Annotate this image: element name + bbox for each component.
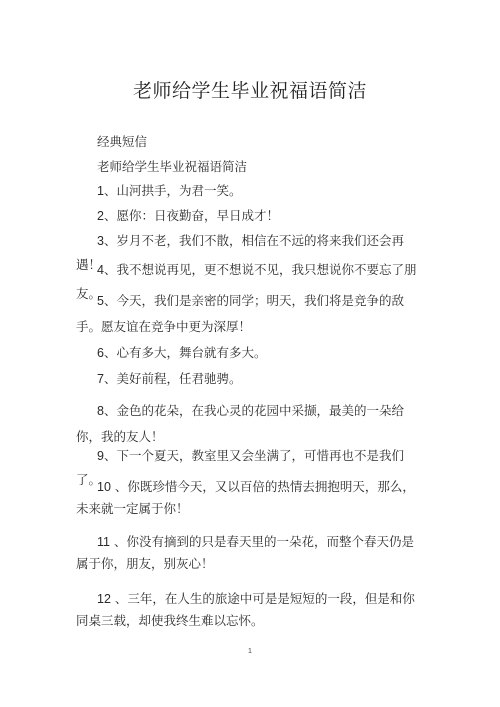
item-text: 、今天，我们是亲密的同学；明天，我们将是竞争的敌手。愿友谊在竞争中更为深厚！ — [76, 293, 404, 334]
item-number: 7 — [97, 372, 104, 386]
item-number: 12 — [97, 592, 111, 606]
item-text: 、三年，在人生的旅途中可是是短短的一段，但是和你同桌三载，却使我终生难以忘怀。 — [76, 591, 415, 628]
list-item: 2、愿你：日夜勤奋，早日成才！ — [76, 204, 426, 228]
item-text: 、金色的花朵，在我心灵的花园中采撷，最美的一朵给你，我的友人！ — [76, 403, 404, 444]
item-number: 6 — [97, 346, 104, 360]
list-item: 1、山河拱手，为君一笑。 — [76, 179, 426, 203]
item-number: 4 — [97, 263, 104, 277]
document-title: 老师给学生毕业祝福语简洁 — [0, 76, 500, 103]
item-text: 、美好前程，任君驰骋。 — [104, 371, 242, 386]
item-text: 、心有多大，舞台就有多大。 — [104, 345, 267, 360]
list-item: 10 、你既珍惜今天，又以百倍的热情去拥抱明天，那么，未来就一定属于你！ — [76, 476, 426, 520]
page-number: 1 — [0, 648, 500, 655]
item-text: 、你既珍惜今天，又以百倍的热情去拥抱明天，那么，未来就一定属于你！ — [76, 479, 415, 516]
item-number: 10 — [97, 480, 111, 494]
item-text: 、山河拱手，为君一笑。 — [104, 183, 242, 198]
list-item: 12 、三年，在人生的旅途中可是是短短的一段，但是和你同桌三载，却使我终生难以忘… — [76, 588, 426, 632]
item-number: 9 — [97, 449, 104, 463]
item-number: 11 — [97, 535, 110, 549]
section-label: 经典短信 — [76, 130, 426, 154]
item-number: 5 — [97, 294, 104, 308]
item-number: 1 — [97, 184, 104, 198]
item-text: 、你没有摘到的只是春天里的一朵花，而整个春天仍是属于你，朋友，别灰心！ — [76, 534, 414, 571]
list-item: 8、金色的花朵，在我心灵的花园中采撷，最美的一朵给你，我的友人！ — [76, 398, 426, 449]
list-item: 5、今天，我们是亲密的同学；明天，我们将是竞争的敌手。愿友谊在竞争中更为深厚！ — [76, 288, 426, 339]
item-number: 8 — [97, 404, 104, 418]
item-text: 、愿你：日夜勤奋，早日成才！ — [104, 208, 279, 223]
subtitle: 老师给学生毕业祝福语简洁 — [76, 155, 426, 179]
list-item: 7、美好前程，任君驰骋。 — [76, 367, 426, 391]
list-item: 11 、你没有摘到的只是春天里的一朵花，而整个春天仍是属于你，朋友，别灰心！ — [76, 531, 426, 575]
list-item: 6、心有多大，舞台就有多大。 — [76, 341, 426, 365]
item-number: 2 — [97, 209, 104, 223]
item-number: 3 — [97, 234, 104, 248]
